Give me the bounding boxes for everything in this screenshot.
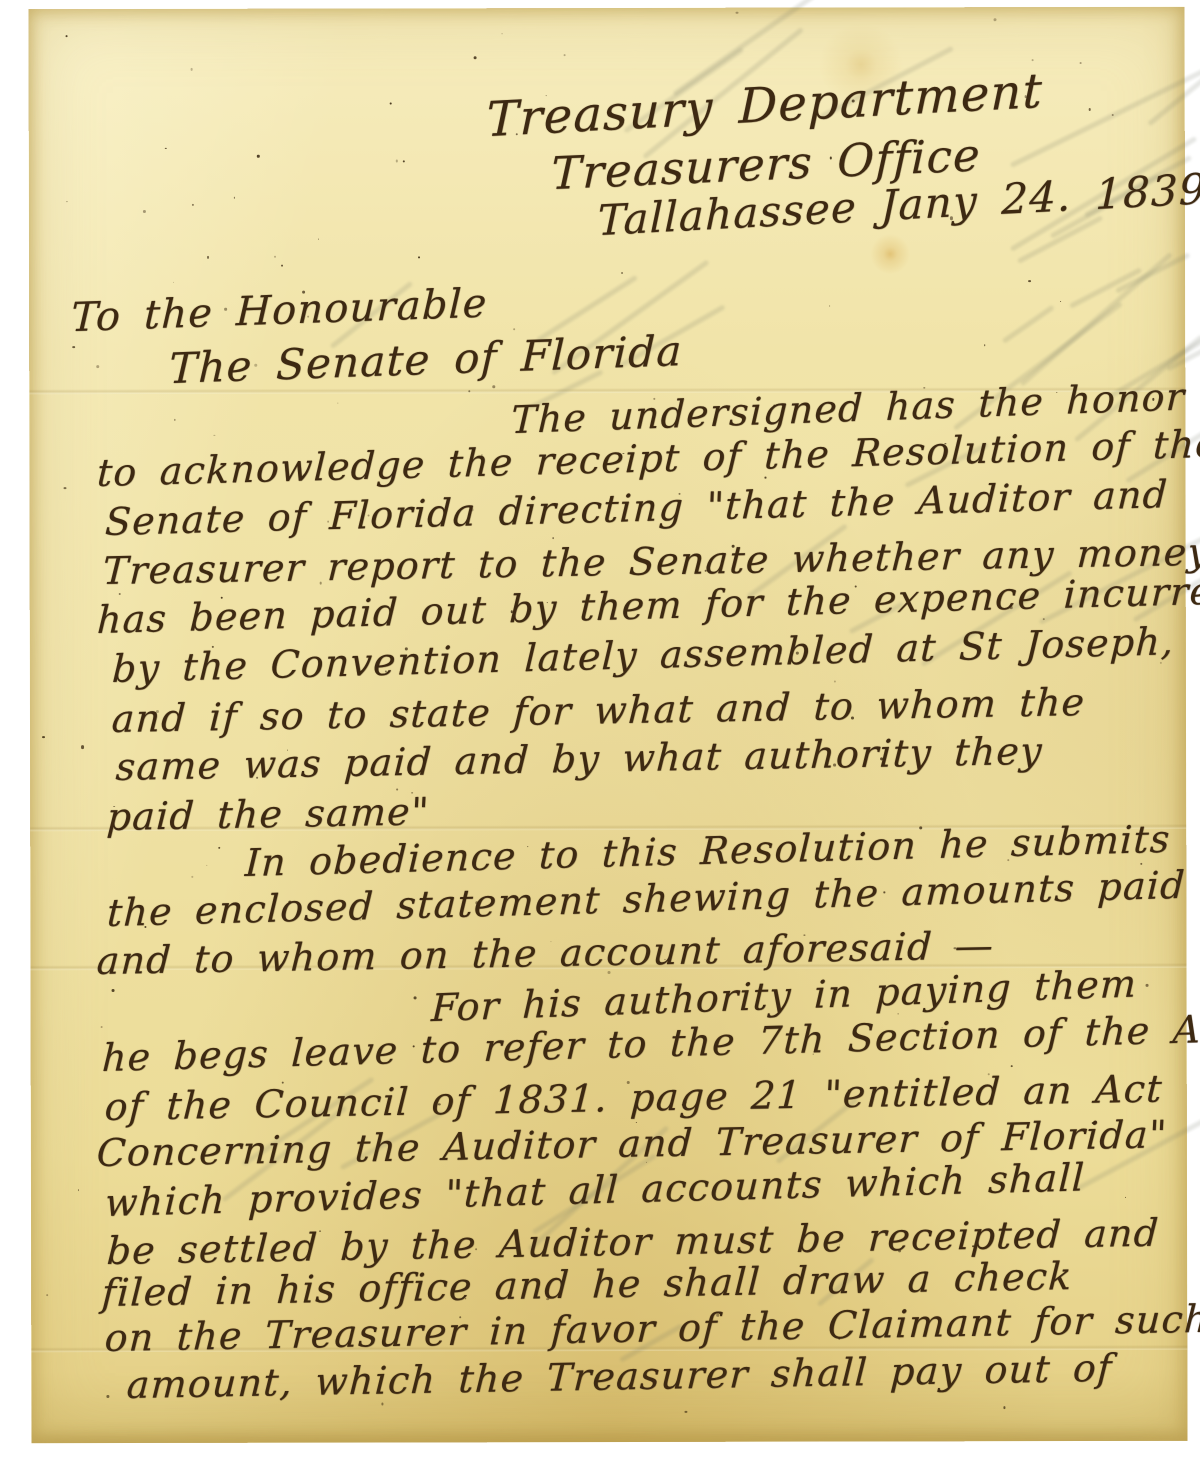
handwritten-line: The Senate of Florida — [168, 326, 683, 393]
handwritten-line: paid the same" — [106, 789, 431, 839]
scan-background: Treasury DepartmentTreasurers OfficeTall… — [0, 0, 1200, 1462]
handwritten-line: To the Honourable — [70, 280, 488, 341]
letter-lines: Treasury DepartmentTreasurers OfficeTall… — [0, 0, 1200, 1462]
